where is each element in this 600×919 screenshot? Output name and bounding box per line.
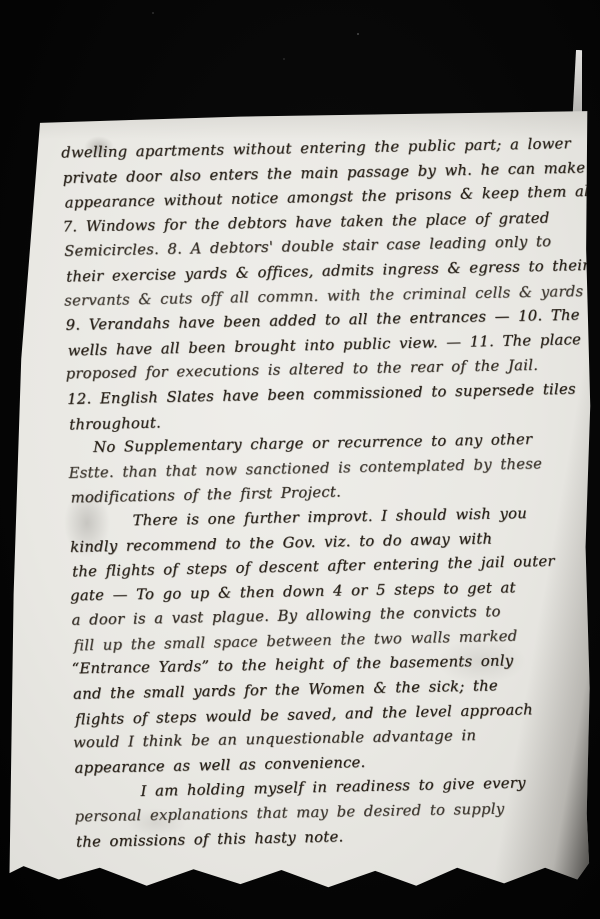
scan-background: dwelling apartments without entering the… bbox=[0, 0, 600, 919]
manuscript-text: dwelling apartments without entering the… bbox=[62, 131, 600, 855]
dust-speck bbox=[357, 33, 359, 35]
dust-speck bbox=[283, 58, 285, 60]
manuscript-page: dwelling apartments without entering the… bbox=[6, 108, 592, 892]
dust-speck bbox=[152, 12, 154, 14]
